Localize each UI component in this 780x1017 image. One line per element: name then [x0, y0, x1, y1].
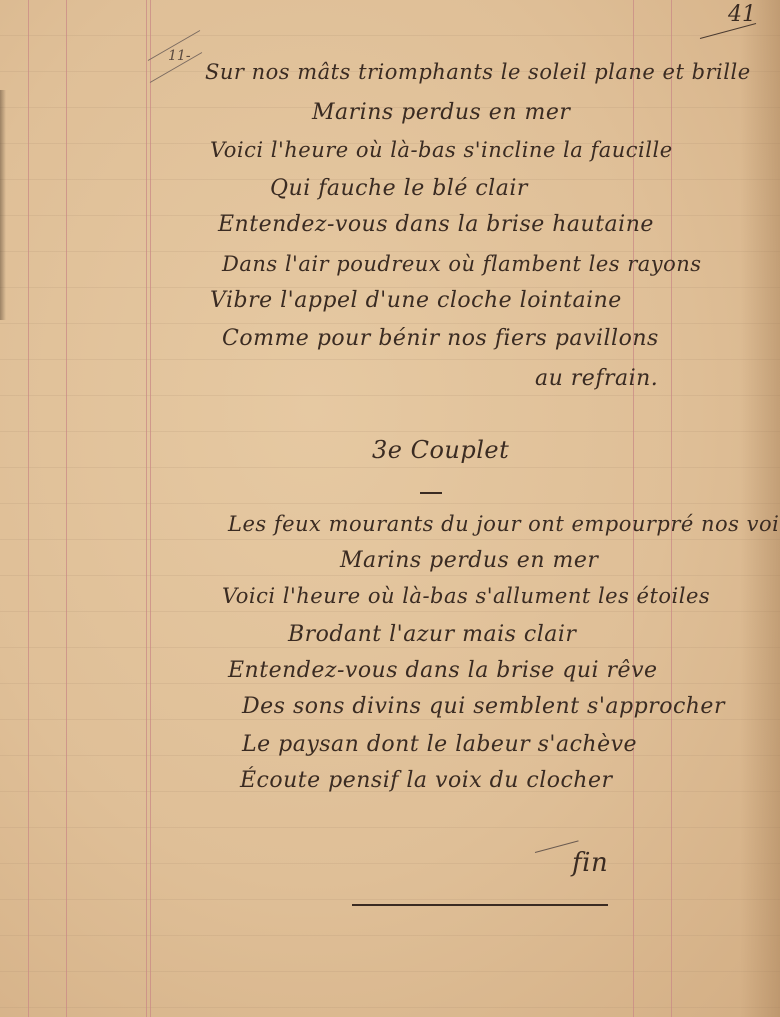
verse-line: Dans l'air poudreux où flambent les rayo…: [222, 252, 702, 276]
verse-line: Des sons divins qui semblent s'approcher: [242, 694, 725, 719]
fin-mark: fin: [572, 848, 608, 878]
page-edge-shadow: [0, 90, 6, 320]
stanza-title: 3e Couplet: [372, 436, 509, 464]
margin-rule: [150, 0, 151, 1017]
verse-line: Les feux mourants du jour ont empourpré …: [228, 512, 780, 536]
refrain-note: au refrain.: [535, 366, 658, 391]
verse-line: Sur nos mâts triomphants le soleil plane…: [205, 60, 751, 84]
verse-line: Entendez-vous dans la brise qui rêve: [228, 658, 658, 683]
end-rule: [352, 904, 608, 906]
verse-line: Voici l'heure où là-bas s'incline la fau…: [210, 138, 673, 162]
verse-line: Comme pour bénir nos fiers pavillons: [222, 326, 659, 351]
margin-rule: [146, 0, 147, 1017]
verse-line: Voici l'heure où là-bas s'allument les é…: [222, 584, 710, 608]
page-edge-tint: [740, 0, 780, 1017]
title-underline: [420, 492, 442, 494]
margin-rule: [28, 0, 29, 1017]
verse-line: Brodant l'azur mais clair: [288, 622, 576, 647]
notebook-page: 41 11- Sur nos mâts triomphants le solei…: [0, 0, 780, 1017]
verse-line: Qui fauche le blé clair: [270, 176, 528, 201]
verse-line: Le paysan dont le labeur s'achève: [242, 732, 637, 757]
verse-line: Écoute pensif la voix du clocher: [240, 768, 613, 793]
verse-line: Vibre l'appel d'une cloche lointaine: [210, 288, 622, 313]
margin-rule: [66, 0, 67, 1017]
verse-line: Entendez-vous dans la brise hautaine: [218, 212, 654, 237]
margin-annotation: 11-: [168, 48, 191, 64]
verse-line: Marins perdus en mer: [340, 548, 598, 573]
verse-line: Marins perdus en mer: [312, 100, 570, 125]
